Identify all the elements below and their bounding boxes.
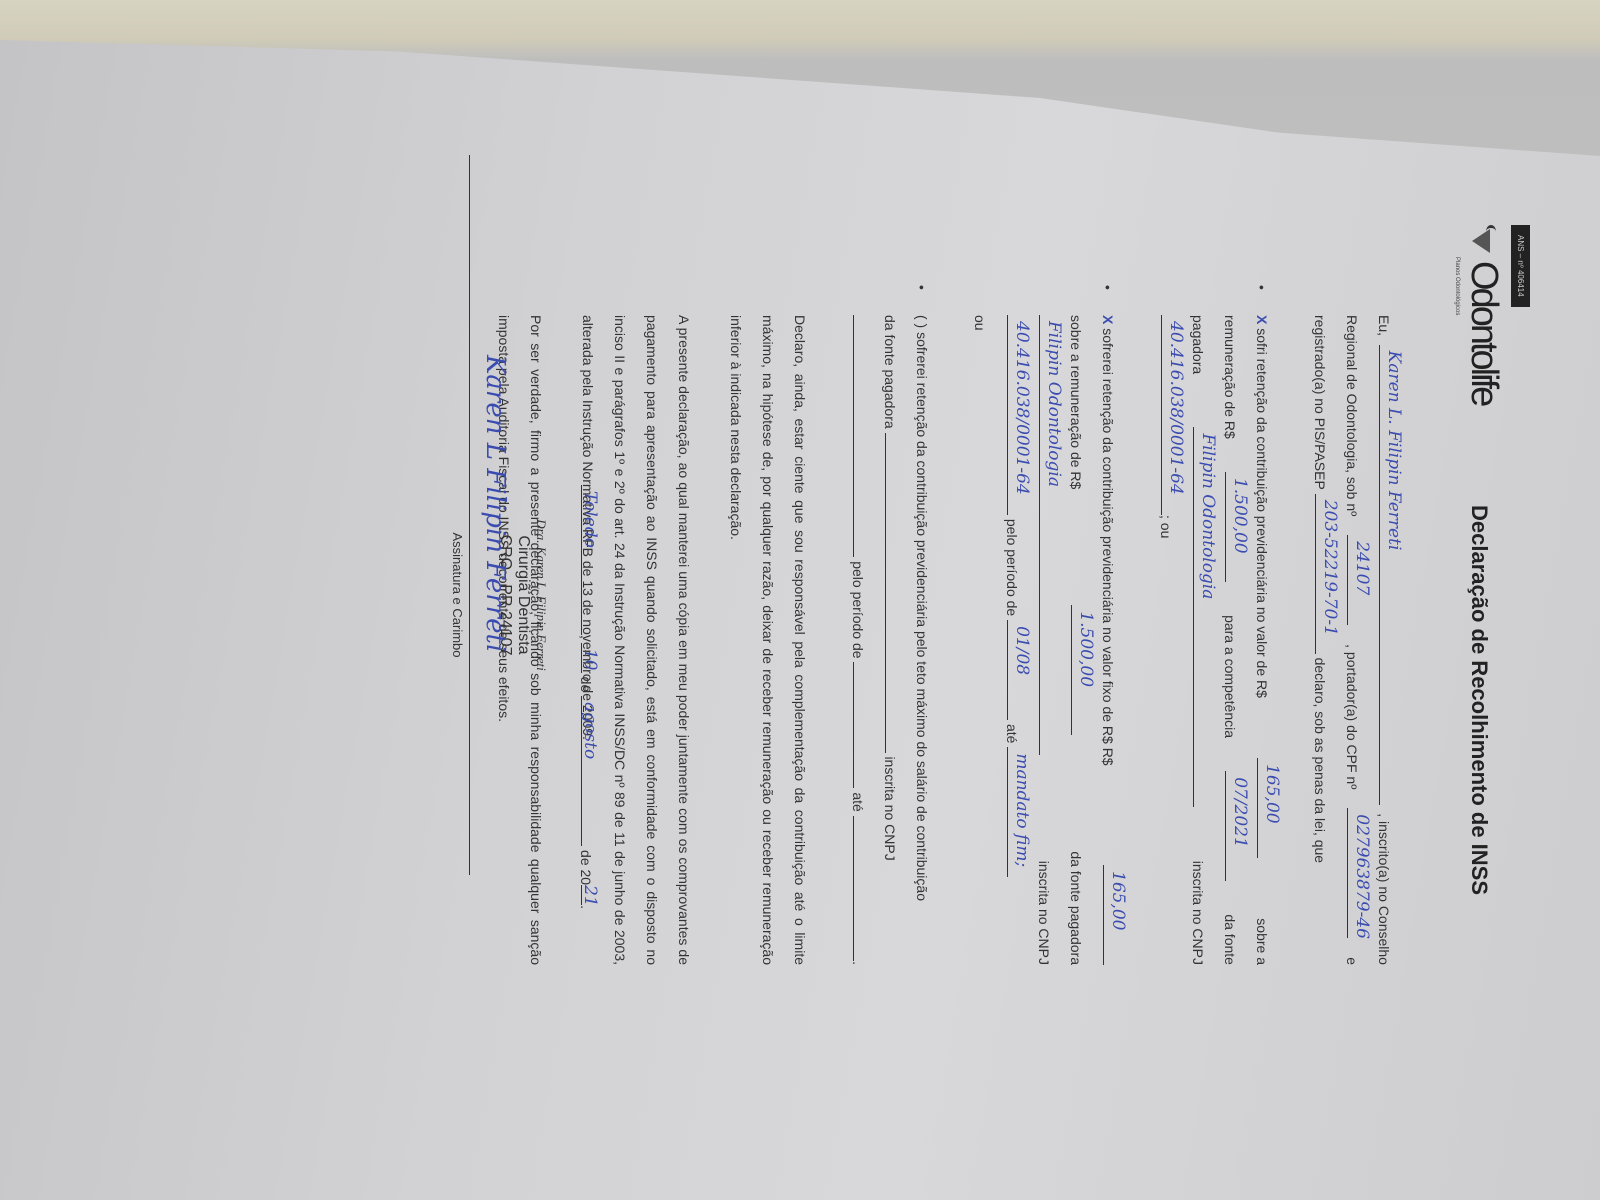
bullet-icon: • <box>1092 285 1124 290</box>
option3-text: inscrita no CNPJ <box>874 756 906 860</box>
option2-remuneracao-field[interactable]: 1.500,00 <box>1071 605 1090 735</box>
option3-text: até <box>842 792 874 811</box>
bullet-icon: • <box>1246 285 1278 290</box>
paragraph-ciente: Declaro, ainda, estar ciente que sou res… <box>720 315 816 965</box>
logo-accent: life <box>1463 368 1505 405</box>
option1-text: remuneração de R$ <box>1214 315 1246 439</box>
month-field[interactable]: agosto <box>581 696 600 846</box>
option2-text: inscrita no CNPJ <box>1028 861 1060 965</box>
option2-checkbox[interactable]: X <box>1100 315 1116 324</box>
option1-line-1: • X sofri retenção da contribuição previ… <box>1246 315 1278 965</box>
odontolife-logo: Odontolife <box>1462 225 1505 404</box>
name-field[interactable]: Karen L. Filipin Ferreti <box>1379 345 1398 805</box>
label-regional: Regional de Odontologia, sob nº <box>1336 315 1368 516</box>
form-body: Eu, Karen L. Filipin Ferreti , inscrito(… <box>488 315 1400 965</box>
option2-text: até <box>996 724 1028 743</box>
doctor-role: Cirurgiã Dentista <box>514 335 532 855</box>
label-eu: Eu, <box>1368 315 1400 336</box>
option2-text: pelo período de <box>996 519 1028 616</box>
option1-line-4: 40.416.038/0001-64 ; ou <box>1150 315 1182 965</box>
option1-cnpj-field[interactable]: 40.416.038/0001-64 <box>1161 315 1180 515</box>
option3-text: pelo período de <box>842 561 874 658</box>
signature-line <box>469 155 470 875</box>
option2-cnpj-field[interactable]: 40.416.038/0001-64 <box>1007 315 1026 515</box>
option3-line-2: da fonte pagadora inscrita no CNPJ <box>874 315 906 965</box>
doctor-name: Dra. Karen L. Filipin Ferreti <box>532 335 550 855</box>
intro-line-2: Regional de Odontologia, sob nº 24107 , … <box>1336 315 1368 965</box>
handwritten-signature: Karen L Filipin Ferreti <box>480 355 510 652</box>
cpf-field[interactable]: 027963879-46 <box>1347 808 1366 938</box>
day-field[interactable]: 10 <box>581 643 600 673</box>
label-registrado: registrado(a) no PIS/PASEP <box>1304 315 1336 490</box>
option1-text: da fonte <box>1214 914 1246 965</box>
declaration-document: ANS – nº 406414 Odontolife Planos Odonto… <box>410 185 1600 1005</box>
option1-value-field[interactable]: 165,00 <box>1257 758 1276 858</box>
option2-periodo-de-field[interactable]: 01/08 <box>1007 620 1026 720</box>
option3-text: da fonte pagadora <box>874 315 906 429</box>
option3-text: . <box>842 961 874 965</box>
option1-competencia-field[interactable]: 07/2021 <box>1225 771 1244 881</box>
city-field[interactable]: Toledo <box>581 485 600 635</box>
tooth-logo-icon <box>1471 225 1497 255</box>
signature-caption: Assinatura e Carimbo <box>450 335 465 855</box>
option1-text: inscrita no CNPJ <box>1182 861 1214 965</box>
option1-text: ; ou <box>1150 515 1182 538</box>
option2-line-4: 40.416.038/0001-64 pelo período de 01/08… <box>996 315 1028 965</box>
option3-fonte-field[interactable] <box>885 433 904 753</box>
option2-fonte-field[interactable]: Filipin Odontologia <box>1039 315 1058 755</box>
option2-periodo-ate-field[interactable]: mandato fim; <box>1007 747 1026 877</box>
pis-field[interactable]: 203-52219-70-1 <box>1315 494 1334 654</box>
option1-text: para a competência <box>1214 615 1246 738</box>
label-portador: , portador(a) do CPF nº <box>1336 644 1368 789</box>
option3-cnpj-field[interactable] <box>853 315 872 557</box>
option1-fonte-field[interactable]: Filipin Odontologia <box>1193 427 1212 807</box>
page-title: Declaração de Recolhimento de INSS <box>1466 505 1492 895</box>
option2-value-field[interactable]: 165,00 <box>1103 865 1122 965</box>
intro-line-3: registrado(a) no PIS/PASEP 203-52219-70-… <box>1304 315 1336 965</box>
label-e: e <box>1336 957 1368 965</box>
option3-periodo-ate-field[interactable] <box>853 816 872 961</box>
option2-ou: ou <box>964 315 996 965</box>
ans-badge: ANS – nº 406414 <box>1511 225 1530 307</box>
bullet-icon: • <box>906 285 938 290</box>
option3-periodo-de-field[interactable] <box>853 662 872 788</box>
option3-line-1: • ( ) sofrerei retenção da contribuição … <box>906 315 938 965</box>
option1-text: sobre a <box>1246 918 1278 965</box>
option1-checkbox[interactable]: X <box>1254 315 1270 324</box>
option3-text: sofrerei retenção da contribuição previd… <box>906 332 938 901</box>
label-declaro: declaro, sob as penas da lei, que <box>1304 658 1336 863</box>
option1-line-2: remuneração de R$ 1.500,00 para a compet… <box>1214 315 1246 965</box>
label-de: de <box>578 677 594 693</box>
date-line: Toledo, 10 de agosto de 20 21 . <box>578 485 600 909</box>
year-field[interactable]: 21 <box>581 885 600 905</box>
cro-field[interactable]: 24107 <box>1347 535 1366 625</box>
option3-checkbox[interactable]: ( ) <box>906 315 938 328</box>
option3-line-3: pelo período de até . <box>842 315 874 965</box>
option1-text: sofri retenção da contribuição previdenc… <box>1254 328 1270 698</box>
label-de-20: de 20 <box>578 850 594 885</box>
option1-remuneracao-field[interactable]: 1.500,00 <box>1225 472 1244 582</box>
option2-text: sofrerei retenção da contribuição previd… <box>1100 328 1116 765</box>
option2-text: da fonte pagadora <box>1060 851 1092 965</box>
logo-subtitle: Planos Odontológicos <box>1454 257 1460 315</box>
logo-main: Odonto <box>1463 261 1505 368</box>
option2-text: ou <box>964 315 996 331</box>
